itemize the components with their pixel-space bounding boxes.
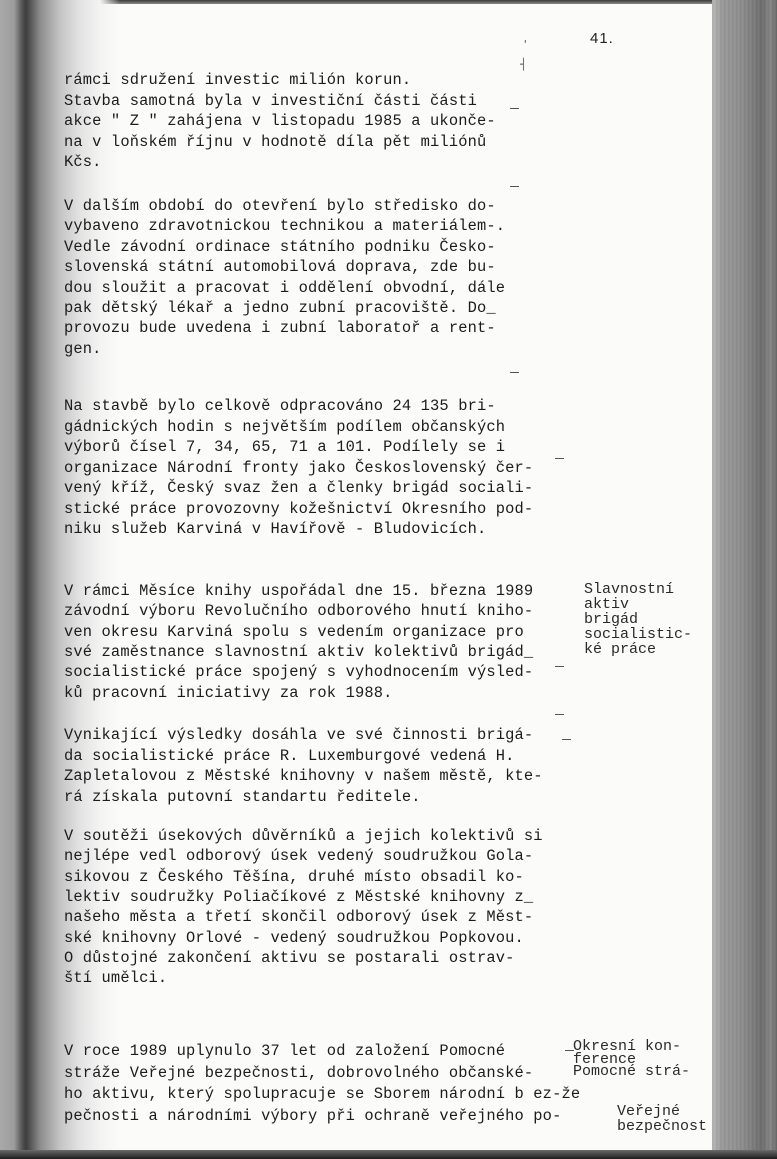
text-line: slovenská státní automobilová doprava, z… <box>64 257 496 277</box>
bottom-page-edge <box>0 1150 777 1159</box>
text-line: sikovou z Českého Těšína, druhé místo ob… <box>64 867 524 887</box>
page-number: 41. <box>590 30 614 47</box>
text-line: rá získala putovní standartu ředitele. <box>64 787 421 807</box>
margin-dash <box>510 372 519 373</box>
margin-note-slavnostni-aktiv: Slavnostní aktiv brigád socialistic- ké … <box>584 582 692 657</box>
text-line: akce " Z " zahájena v listopadu 1985 a u… <box>64 111 496 131</box>
margin-note-okresni-konference: Okresní kon- ference Pomocné strá- <box>573 1041 690 1079</box>
text-line: da socialistické práce R. Luxemburgové v… <box>64 746 515 766</box>
stray-mark: ┤ <box>520 58 527 71</box>
text-line: stické práce provozovny kožešnictví Okre… <box>64 499 533 519</box>
scanned-page: 41. ' ┤ rámci sdružení investic milión k… <box>0 0 777 1159</box>
text-line: ští umělci. <box>64 968 167 988</box>
text-line: ků pracovní iniciativy za rok 1988. <box>64 683 393 703</box>
text-line: Kčs. <box>64 152 102 172</box>
margin-dash <box>555 666 564 667</box>
text-line: našeho města a třetí skončil odborový ús… <box>64 907 533 927</box>
text-line: lektiv soudružky Poliačíkové z Městské k… <box>64 887 533 907</box>
text-line: ven okresu Karviná spolu s vedením organ… <box>64 622 524 642</box>
text-line: Vynikající výsledky dosáhla ve své činno… <box>64 725 533 745</box>
text-line: provozu bude uvedena i zubní laboratoř a… <box>64 318 496 338</box>
text-line: závodní výboru Revolučního odborového hn… <box>64 601 533 621</box>
text-line: V roce 1989 uplynulo 37 let od založení … <box>64 1041 505 1061</box>
text-line: organizace Národní fronty jako Českoslov… <box>64 458 533 478</box>
margin-dash <box>565 1050 574 1051</box>
text-line: nejlépe vedl odborový úsek vedený soudru… <box>64 846 533 866</box>
text-line: pečnosti a národními výbory při ochraně … <box>64 1106 561 1126</box>
text-line: ho aktivu, který spolupracuje se Sborem … <box>64 1084 580 1104</box>
margin-note-verejne-bezpecnost: Veřejné bezpečnost <box>617 1104 707 1134</box>
page-stack-edge <box>712 0 777 1159</box>
margin-dash <box>510 186 519 187</box>
text-line: vený kříž, Český svaz žen a členky brigá… <box>64 478 533 498</box>
text-line: stráže Veřejné bezpečnosti, dobrovolného… <box>64 1063 533 1083</box>
text-line: V soutěži úsekových důvěrníků a jejich k… <box>64 826 543 846</box>
text-line: Vedle závodní ordinace státního podniku … <box>64 237 496 257</box>
margin-dash <box>555 714 564 715</box>
text-line: své zaměstnance slavnostní aktiv kolekti… <box>64 642 533 662</box>
text-line: ské knihovny Orlové - vedený soudružkou … <box>64 928 524 948</box>
text-line: V dalším období do otevření bylo středis… <box>64 196 496 216</box>
text-line: gen. <box>64 339 102 359</box>
margin-dash <box>510 108 519 109</box>
text-line: socialistické práce spojený s vyhodnocen… <box>64 662 533 682</box>
text-line: rámci sdružení investic milión korun. <box>64 70 411 90</box>
text-line: vybaveno zdravotnickou technikou a mater… <box>64 216 505 236</box>
text-line: niku služeb Karviná v Havířově - Bludovi… <box>64 519 486 539</box>
margin-dash <box>562 739 571 740</box>
text-line: pak dětský lékař a jedno zubní pracovišt… <box>64 298 496 318</box>
text-line: O důstojné zakončení aktivu se postarali… <box>64 948 515 968</box>
text-line: V rámci Měsíce knihy uspořádal dne 15. b… <box>64 581 533 601</box>
text-line: Zapletalovou z Městské knihovny v našem … <box>64 766 543 786</box>
text-line: výborů čísel 7, 34, 65, 71 a 101. Podíle… <box>64 437 505 457</box>
text-line: na v loňském říjnu v hodnotě díla pět mi… <box>64 132 486 152</box>
text-line: dou sloužit a pracovat i oddělení obvodn… <box>64 278 505 298</box>
text-line: Stavba samotná byla v investiční části č… <box>64 91 477 111</box>
stray-mark: ' <box>522 38 529 51</box>
text-line: Na stavbě bylo celkově odpracováno 24 13… <box>64 396 496 416</box>
text-line: gádnických hodin s největším podílem obč… <box>64 417 505 437</box>
margin-dash <box>555 458 564 459</box>
